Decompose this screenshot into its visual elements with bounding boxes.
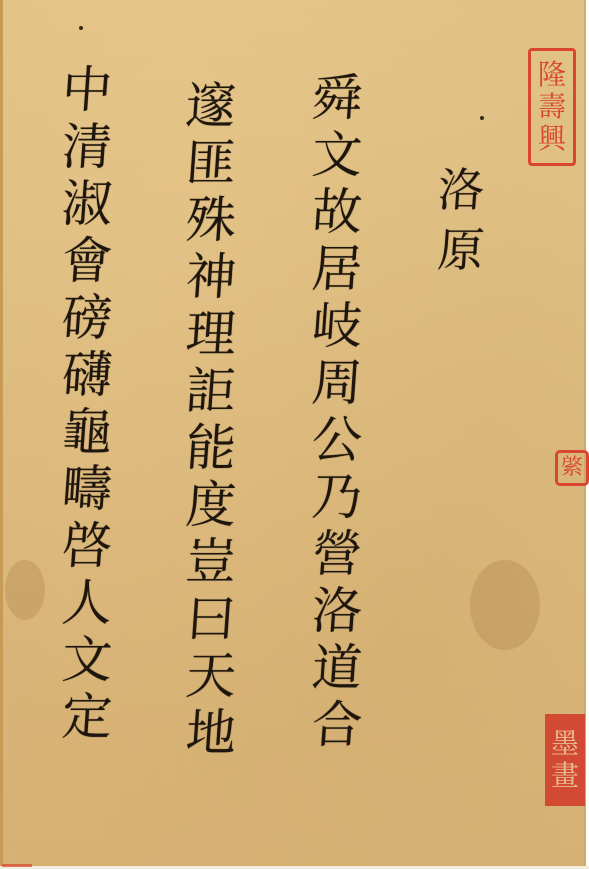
seal-char: 隆	[538, 61, 566, 89]
column-char: 故	[310, 184, 364, 241]
ink-speck	[79, 26, 83, 30]
column-char: 疇	[60, 461, 114, 518]
column-char: 匪	[184, 135, 238, 192]
column-char: 殊	[184, 192, 238, 249]
column-char: 乃	[310, 469, 364, 526]
column-char: 龜	[60, 404, 114, 461]
text-column-1: 舜 文 故 居 岐 周 公 乃 營 洛 道 合	[312, 70, 362, 754]
seal-bottom-right: 墨 畫	[545, 714, 585, 806]
column-char: 文	[60, 632, 114, 689]
column-char: 合	[310, 697, 364, 754]
title-column: 洛 原	[438, 160, 484, 280]
column-char: 能	[184, 420, 238, 477]
column-char: 道	[310, 640, 364, 697]
paper-stain	[5, 560, 45, 620]
column-char: 神	[184, 249, 238, 306]
seal-char: 興	[538, 125, 566, 153]
seal-char: 壽	[538, 93, 566, 121]
column-char: 中	[60, 62, 114, 119]
ink-speck	[480, 116, 484, 120]
column-char: 理	[184, 306, 238, 363]
seal-char: 畫	[551, 762, 579, 790]
seal-fragment-bottom-left	[2, 864, 32, 867]
column-char: 豈	[184, 534, 238, 591]
column-char: 人	[60, 575, 114, 632]
column-char: 營	[310, 526, 364, 583]
text-column-3: 中 清 淑 會 磅 礴 龜 疇 啓 人 文 定	[62, 62, 112, 746]
column-char: 洛	[310, 583, 364, 640]
column-char: 地	[184, 705, 238, 762]
column-char: 舜	[310, 70, 364, 127]
title-char: 原	[436, 220, 486, 280]
seal-top-right: 隆 壽 興	[528, 48, 576, 166]
column-char: 淑	[60, 176, 114, 233]
paper-stain	[470, 560, 540, 650]
column-char: 磅	[60, 290, 114, 347]
column-char: 清	[60, 119, 114, 176]
column-char: 天	[184, 648, 238, 705]
column-char: 邃	[184, 78, 238, 135]
column-char: 度	[184, 477, 238, 534]
text-column-2: 邃 匪 殊 神 理 詎 能 度 豈 曰 天 地	[186, 78, 236, 762]
column-char: 文	[310, 127, 364, 184]
column-char: 會	[60, 233, 114, 290]
column-char: 岐	[310, 298, 364, 355]
column-char: 居	[310, 241, 364, 298]
seal-middle-right: 綮	[555, 450, 589, 486]
seal-char: 墨	[551, 730, 579, 758]
column-char: 周	[310, 355, 364, 412]
column-char: 礴	[60, 347, 114, 404]
column-char: 定	[60, 689, 114, 746]
column-char: 啓	[60, 518, 114, 575]
column-char: 公	[310, 412, 364, 469]
seal-char: 綮	[561, 457, 583, 479]
column-char: 詎	[184, 363, 238, 420]
title-char: 洛	[436, 160, 486, 220]
column-char: 曰	[184, 591, 238, 648]
